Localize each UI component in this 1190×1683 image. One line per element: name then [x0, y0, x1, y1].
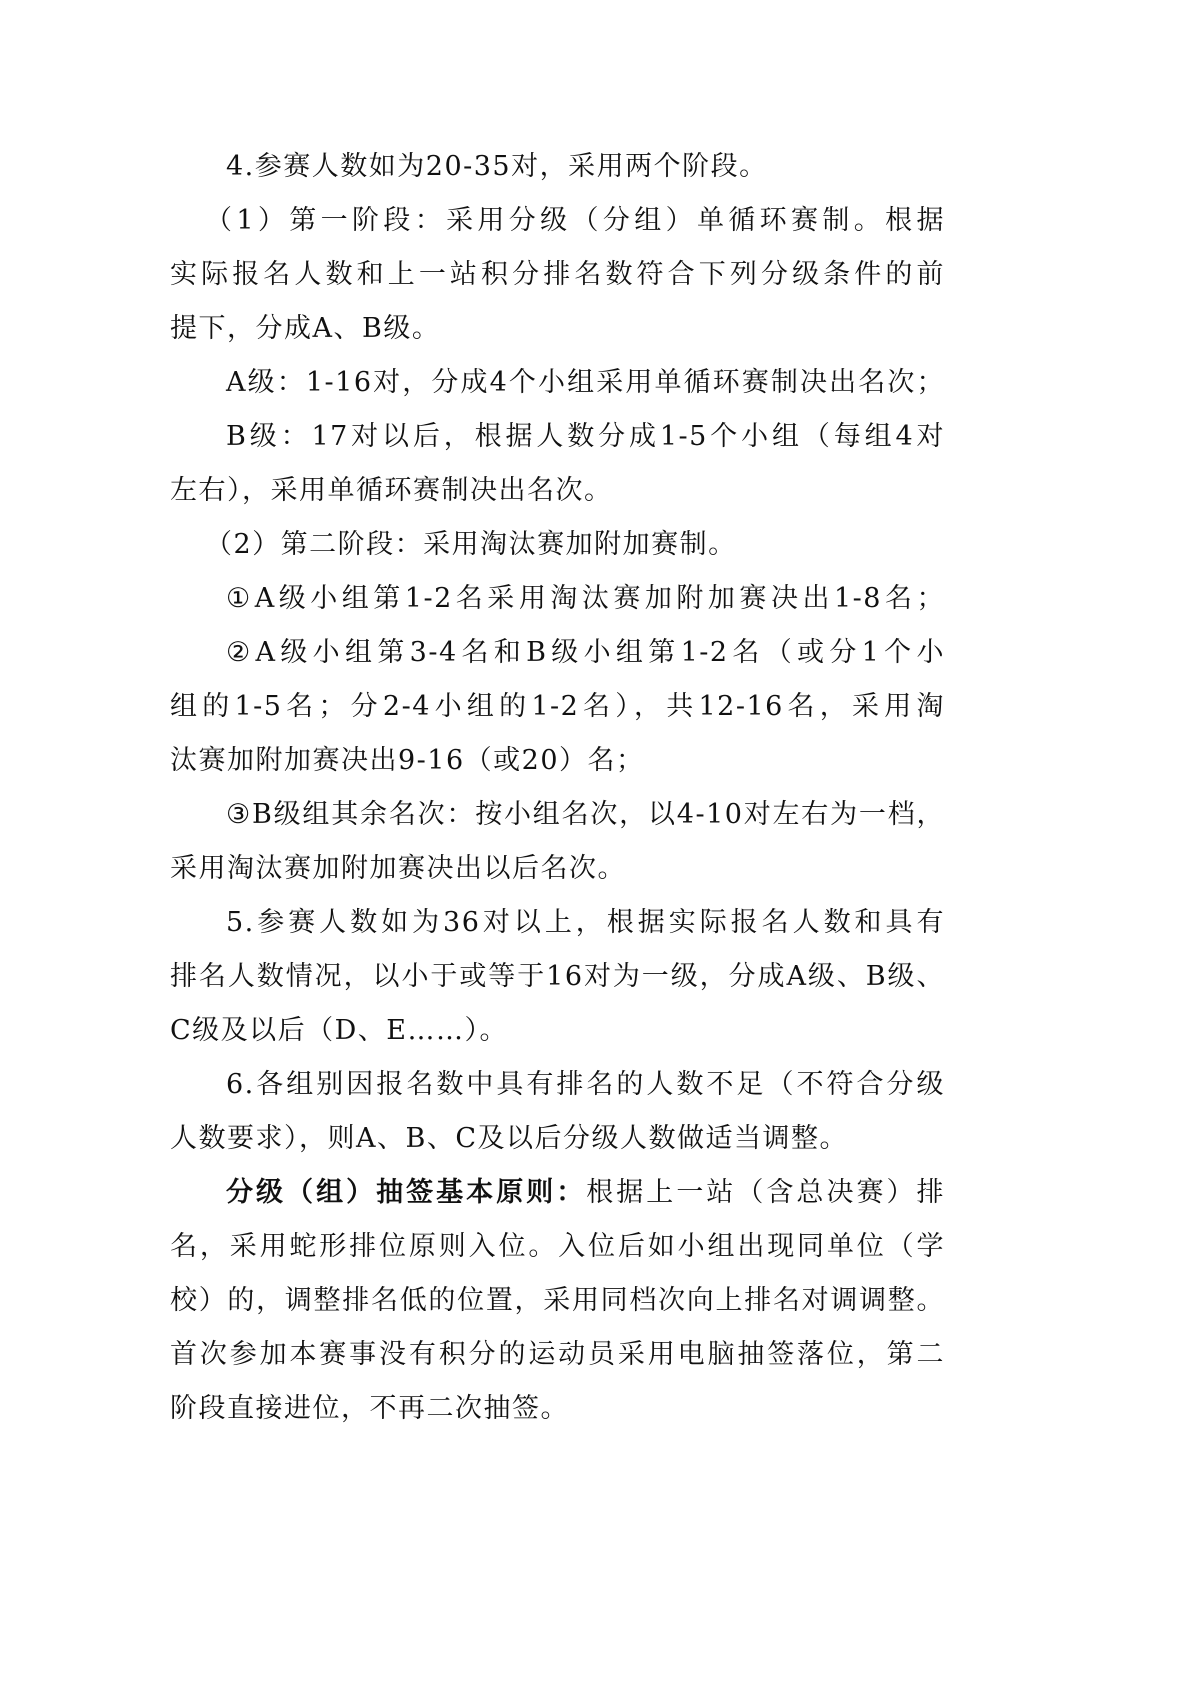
paragraph-item-1: ①A级小组第1-2名采用淘汰赛加附加赛决出1-8名； — [226, 572, 945, 626]
paragraph-draw-principle-line-4: 首次参加本赛事没有积分的运动员采用电脑抽签落位，第二 — [170, 1328, 945, 1382]
paragraph-stage1-line-2: 实际报名人数和上一站积分排名数符合下列分级条件的前 — [170, 248, 945, 302]
paragraph-level-a: A级：1-16对，分成4个小组采用单循环赛制决出名次； — [226, 356, 945, 410]
paragraph-item-2-line-1: ②A级小组第3-4名和B级小组第1-2名（或分1个小 — [226, 626, 945, 680]
paragraph-item-3-line-1: ③B级组其余名次：按小组名次，以4-10对左右为一档， — [226, 788, 945, 842]
document-page: 4.参赛人数如为20-35对，采用两个阶段。 （1）第一阶段：采用分级（分组）单… — [0, 0, 1190, 1683]
paragraph-level-b-line-1: B级：17对以后，根据人数分成1-5个小组（每组4对 — [226, 410, 945, 464]
draw-principle-text: 根据上一站（含总决赛）排 — [586, 1177, 945, 1208]
paragraph-draw-principle-line-2: 名，采用蛇形排位原则入位。入位后如小组出现同单位（学 — [170, 1220, 945, 1274]
paragraph-draw-principle-line-5: 阶段直接进位，不再二次抽签。 — [170, 1382, 945, 1436]
paragraph-stage1-line-1: （1）第一阶段：采用分级（分组）单循环赛制。根据 — [205, 194, 945, 248]
paragraph-item-3-line-2: 采用淘汰赛加附加赛决出以后名次。 — [170, 842, 945, 896]
paragraph-6-line-2: 人数要求），则A、B、C及以后分级人数做适当调整。 — [170, 1112, 945, 1166]
paragraph-stage2: （2）第二阶段：采用淘汰赛加附加赛制。 — [205, 518, 945, 572]
paragraph-draw-principle-line-3: 校）的，调整排名低的位置，采用同档次向上排名对调调整。 — [170, 1274, 945, 1328]
paragraph-draw-principle-line-1: 分级（组）抽签基本原则：根据上一站（含总决赛）排 — [226, 1166, 945, 1220]
paragraph-5-line-3: C级及以后（D、E……）。 — [170, 1004, 945, 1058]
draw-principle-heading: 分级（组）抽签基本原则： — [226, 1177, 586, 1208]
paragraph-5-line-1: 5.参赛人数如为36对以上，根据实际报名人数和具有 — [226, 896, 945, 950]
paragraph-6-line-1: 6.各组别因报名数中具有排名的人数不足（不符合分级 — [226, 1058, 945, 1112]
paragraph-stage1-line-3: 提下，分成A、B级。 — [170, 302, 945, 356]
paragraph-level-b-line-2: 左右），采用单循环赛制决出名次。 — [170, 464, 945, 518]
paragraph-item-2-line-3: 汰赛加附加赛决出9-16（或20）名； — [170, 734, 945, 788]
paragraph-item-2-line-2: 组的1-5名；分2-4小组的1-2名），共12-16名，采用淘 — [170, 680, 945, 734]
paragraph-5-line-2: 排名人数情况，以小于或等于16对为一级，分成A级、B级、 — [170, 950, 945, 1004]
paragraph-4-line-1: 4.参赛人数如为20-35对，采用两个阶段。 — [226, 140, 945, 194]
